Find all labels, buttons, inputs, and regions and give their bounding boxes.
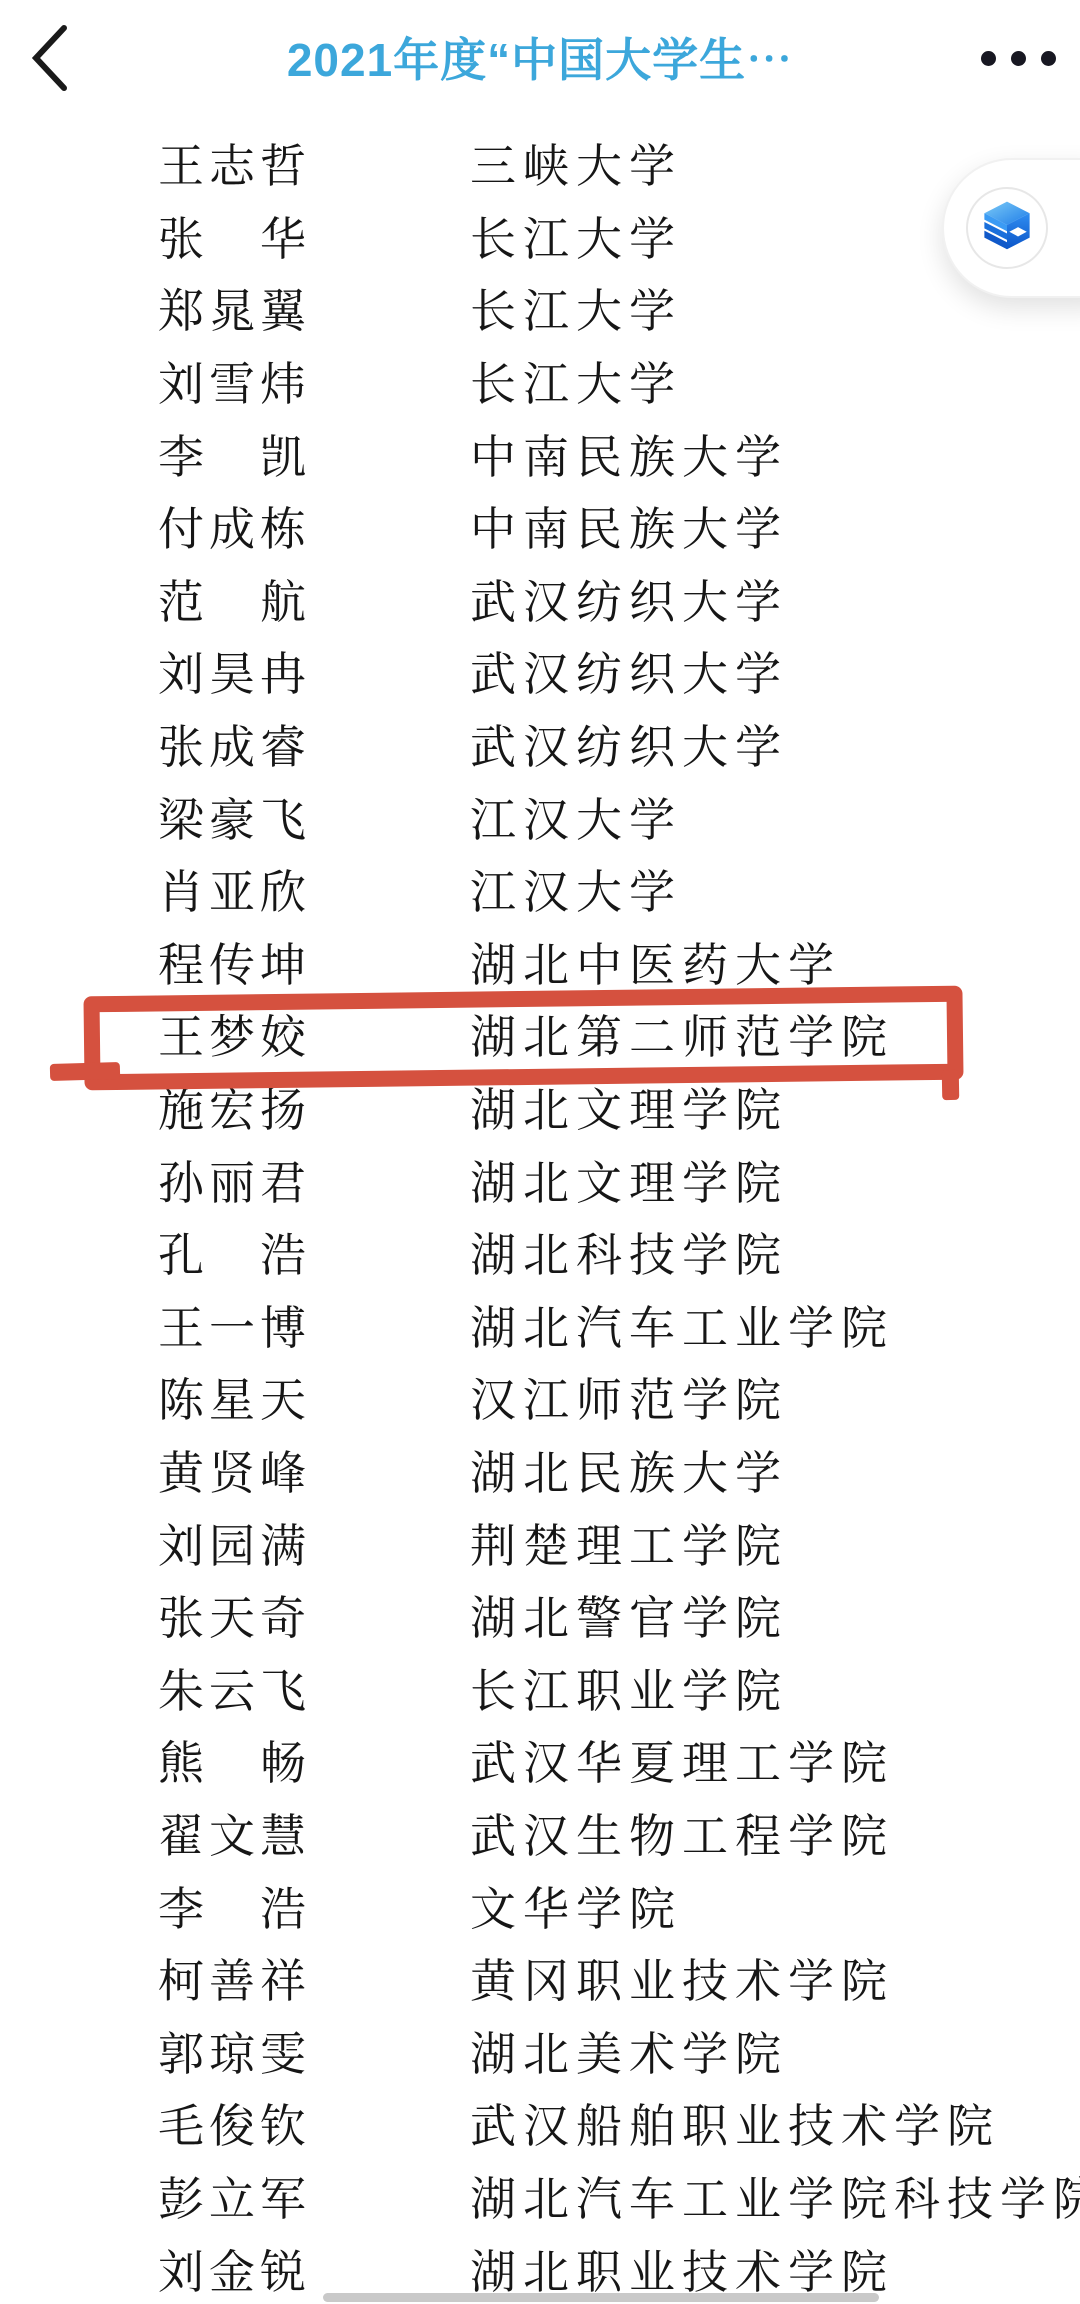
list-row: 翟文慧武汉生物工程学院 bbox=[0, 1797, 1080, 1870]
list-row: 黄贤峰湖北民族大学 bbox=[0, 1434, 1080, 1507]
university-name: 文华学院 bbox=[470, 1873, 682, 1939]
list-row: 陈星天汉江师范学院 bbox=[0, 1361, 1080, 1434]
list-row: 朱云飞长江职业学院 bbox=[0, 1651, 1080, 1724]
list-row: 范 航武汉纺织大学 bbox=[0, 563, 1080, 636]
student-name: 黄贤峰 bbox=[158, 1437, 470, 1503]
list-row: 张成睿武汉纺织大学 bbox=[0, 708, 1080, 781]
university-name: 中南民族大学 bbox=[470, 493, 788, 559]
university-name: 湖北中医药大学 bbox=[470, 929, 841, 995]
page-title: 2021年度“中国大学生⋯ bbox=[287, 24, 793, 90]
student-name: 张成睿 bbox=[158, 711, 470, 777]
student-name: 彭立军 bbox=[158, 2163, 470, 2229]
list-row: 刘园满荆楚理工学院 bbox=[0, 1506, 1080, 1579]
student-name: 刘园满 bbox=[158, 1510, 470, 1576]
student-name: 李 凯 bbox=[158, 421, 470, 487]
nav-header: 2021年度“中国大学生⋯ bbox=[0, 0, 1080, 104]
student-name: 熊 畅 bbox=[158, 1727, 470, 1793]
student-name: 王一博 bbox=[158, 1292, 470, 1358]
list-row: 孔 浩湖北科技学院 bbox=[0, 1216, 1080, 1289]
university-name: 中南民族大学 bbox=[470, 421, 788, 487]
three-dots-icon bbox=[981, 51, 1056, 66]
award-list: 王志哲三峡大学张 华长江大学郑晁翼长江大学刘雪炜长江大学李 凯中南民族大学付成栋… bbox=[0, 127, 1080, 2304]
list-row: 王一博湖北汽车工业学院 bbox=[0, 1289, 1080, 1362]
student-name: 张 华 bbox=[158, 203, 470, 269]
student-name: 翟文慧 bbox=[158, 1800, 470, 1866]
university-name: 湖北文理学院 bbox=[470, 1147, 788, 1213]
student-name: 孔 浩 bbox=[158, 1219, 470, 1285]
back-button[interactable] bbox=[20, 16, 76, 96]
university-name: 湖北第二师范学院 bbox=[470, 1001, 894, 1067]
list-row: 付成栋中南民族大学 bbox=[0, 490, 1080, 563]
university-name: 荆楚理工学院 bbox=[470, 1510, 788, 1576]
student-name: 毛俊钦 bbox=[158, 2090, 470, 2156]
highlight-box-stroke-overshoot-left bbox=[50, 1062, 120, 1081]
university-name: 江汉大学 bbox=[470, 856, 682, 922]
horizontal-scrollbar-thumb[interactable] bbox=[323, 2293, 879, 2302]
university-name: 汉江师范学院 bbox=[470, 1364, 788, 1430]
student-name: 肖亚欣 bbox=[158, 856, 470, 922]
university-name: 武汉纺织大学 bbox=[470, 566, 788, 632]
list-row: 孙丽君湖北文理学院 bbox=[0, 1143, 1080, 1216]
student-name: 刘雪炜 bbox=[158, 348, 470, 414]
university-name: 长江职业学院 bbox=[470, 1655, 788, 1721]
university-name: 长江大学 bbox=[470, 275, 682, 341]
university-name: 武汉生物工程学院 bbox=[470, 1800, 894, 1866]
list-row: 王梦姣湖北第二师范学院 bbox=[0, 998, 1080, 1071]
chevron-left-icon bbox=[20, 84, 76, 99]
student-name: 张天奇 bbox=[158, 1582, 470, 1648]
university-name: 武汉华夏理工学院 bbox=[470, 1727, 894, 1793]
university-name: 湖北警官学院 bbox=[470, 1582, 788, 1648]
highlight-box-stroke-overshoot-right bbox=[942, 1070, 960, 1100]
list-row: 程传坤湖北中医药大学 bbox=[0, 926, 1080, 999]
university-name: 三峡大学 bbox=[470, 130, 682, 196]
university-name: 湖北美术学院 bbox=[470, 2018, 788, 2084]
more-menu-button[interactable] bbox=[946, 36, 1056, 80]
list-row: 柯善祥黄冈职业技术学院 bbox=[0, 1942, 1080, 2015]
list-row: 张天奇湖北警官学院 bbox=[0, 1579, 1080, 1652]
university-name: 长江大学 bbox=[470, 203, 682, 269]
student-name: 刘昊冉 bbox=[158, 638, 470, 704]
list-row: 郑晁翼长江大学 bbox=[0, 272, 1080, 345]
student-name: 王梦姣 bbox=[158, 1001, 470, 1067]
list-row: 张 华长江大学 bbox=[0, 200, 1080, 273]
university-name: 江汉大学 bbox=[470, 784, 682, 850]
list-row: 郭琼雯湖北美术学院 bbox=[0, 2014, 1080, 2087]
list-row: 刘昊冉武汉纺织大学 bbox=[0, 635, 1080, 708]
university-name: 武汉船舶职业技术学院 bbox=[470, 2090, 1000, 2156]
student-name: 程传坤 bbox=[158, 929, 470, 995]
list-row: 李 凯中南民族大学 bbox=[0, 417, 1080, 490]
student-name: 陈星天 bbox=[158, 1364, 470, 1430]
university-name: 湖北文理学院 bbox=[470, 1074, 788, 1140]
student-name: 郑晁翼 bbox=[158, 275, 470, 341]
student-name: 柯善祥 bbox=[158, 1945, 470, 2011]
university-name: 湖北民族大学 bbox=[470, 1437, 788, 1503]
list-row: 梁豪飞江汉大学 bbox=[0, 780, 1080, 853]
university-name: 湖北科技学院 bbox=[470, 1219, 788, 1285]
university-name: 湖北汽车工业学院科技学院 bbox=[470, 2163, 1080, 2229]
university-name: 长江大学 bbox=[470, 348, 682, 414]
university-name: 黄冈职业技术学院 bbox=[470, 1945, 894, 2011]
student-name: 李 浩 bbox=[158, 1873, 470, 1939]
list-row: 熊 畅武汉华夏理工学院 bbox=[0, 1724, 1080, 1797]
list-row: 肖亚欣江汉大学 bbox=[0, 853, 1080, 926]
university-name: 湖北职业技术学院 bbox=[470, 2236, 894, 2302]
student-name: 范 航 bbox=[158, 566, 470, 632]
list-row: 彭立军湖北汽车工业学院科技学院 bbox=[0, 2160, 1080, 2233]
student-name: 王志哲 bbox=[158, 130, 470, 196]
student-name: 朱云飞 bbox=[158, 1655, 470, 1721]
list-row: 施宏扬湖北文理学院 bbox=[0, 1071, 1080, 1144]
university-name: 武汉纺织大学 bbox=[470, 711, 788, 777]
list-row: 李 浩文华学院 bbox=[0, 1869, 1080, 1942]
university-name: 湖北汽车工业学院 bbox=[470, 1292, 894, 1358]
list-row: 王志哲三峡大学 bbox=[0, 127, 1080, 200]
university-name: 武汉纺织大学 bbox=[470, 638, 788, 704]
student-name: 梁豪飞 bbox=[158, 784, 470, 850]
student-name: 孙丽君 bbox=[158, 1147, 470, 1213]
blue-cube-logo-icon bbox=[978, 196, 1036, 261]
student-name: 郭琼雯 bbox=[158, 2018, 470, 2084]
list-row: 毛俊钦武汉船舶职业技术学院 bbox=[0, 2087, 1080, 2160]
docs-app-logo-circle bbox=[966, 187, 1048, 269]
student-name: 刘金锐 bbox=[158, 2236, 470, 2302]
list-row: 刘雪炜长江大学 bbox=[0, 345, 1080, 418]
student-name: 付成栋 bbox=[158, 493, 470, 559]
floating-docs-app-button[interactable] bbox=[942, 158, 1080, 298]
student-name: 施宏扬 bbox=[158, 1074, 470, 1140]
